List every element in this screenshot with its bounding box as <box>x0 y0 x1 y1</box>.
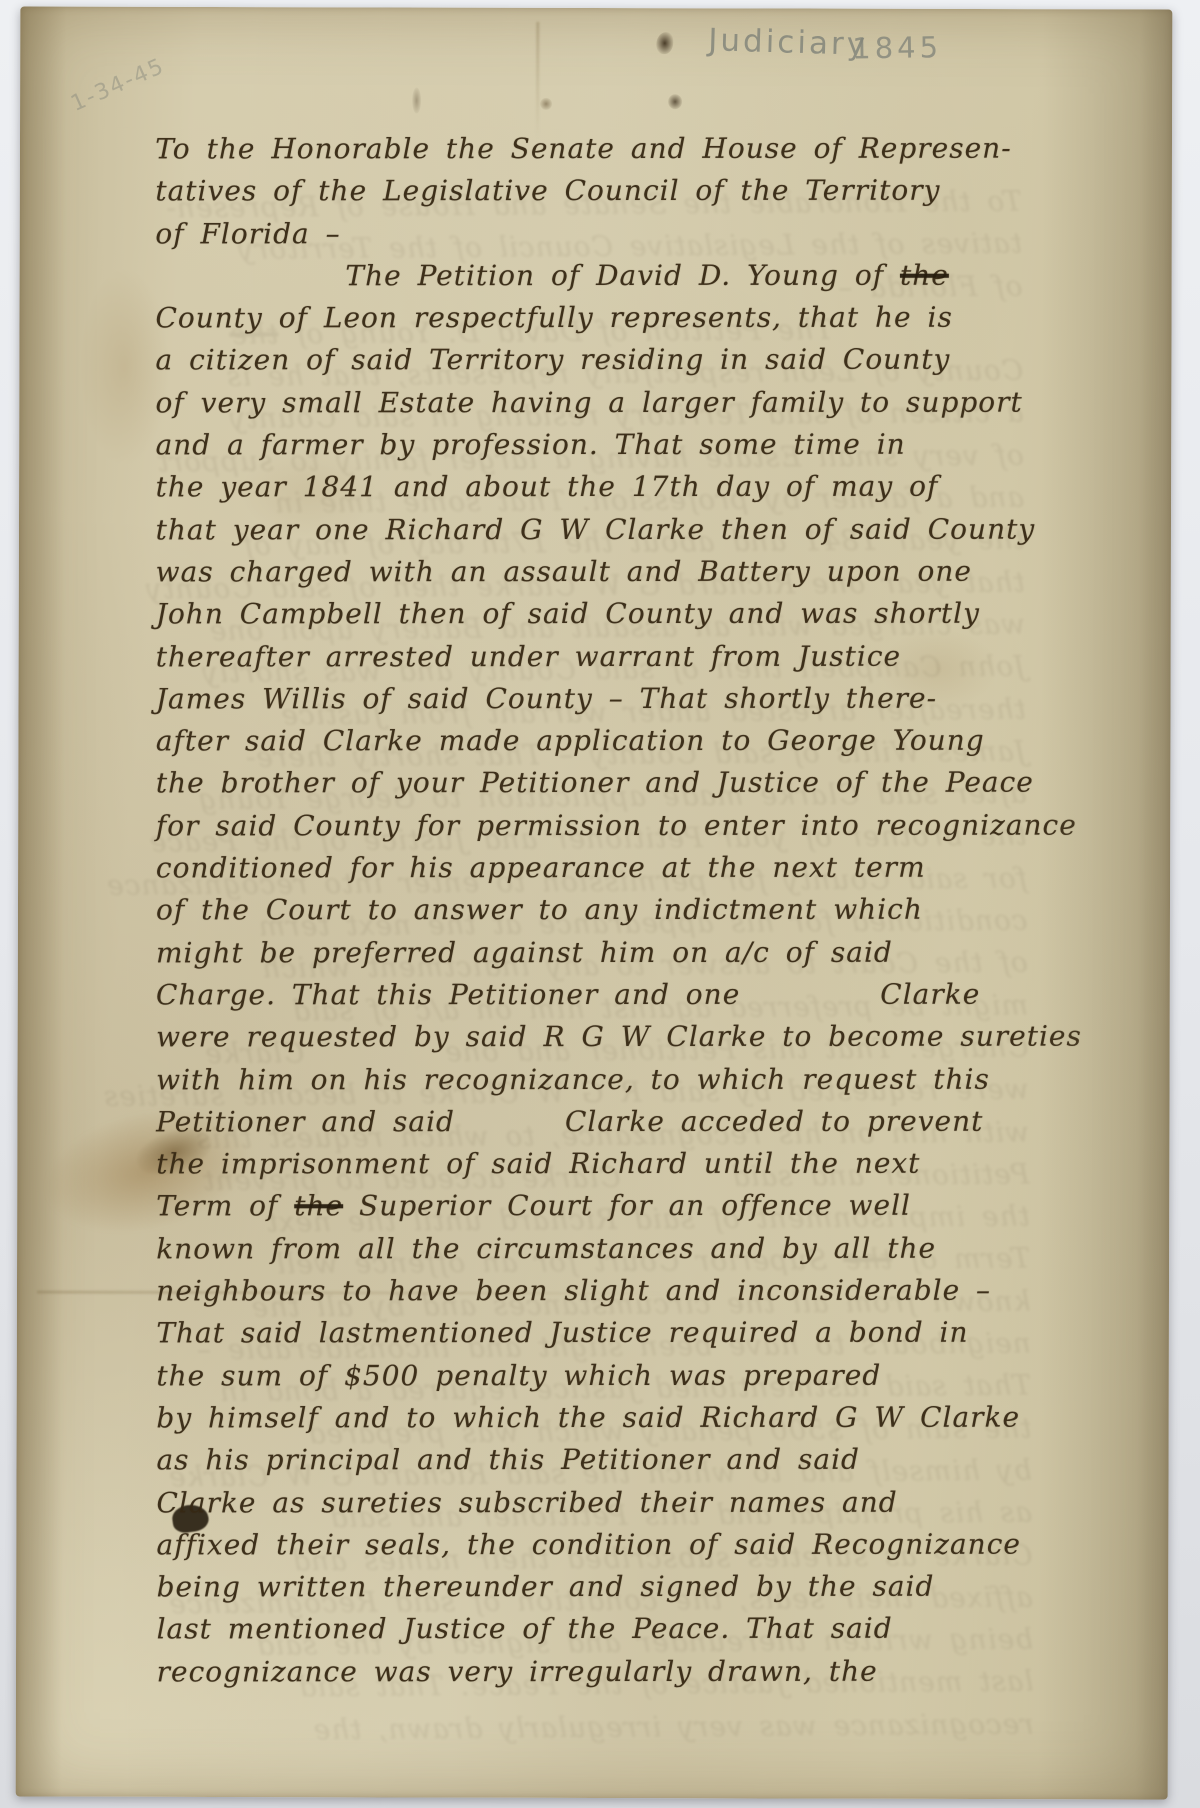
manuscript-segment: affixed their seals, the condition of sa… <box>157 1527 1021 1561</box>
manuscript-line: That said lastmentioned Justice required… <box>156 1316 1046 1359</box>
manuscript-segment: recognizance was very irregularly drawn,… <box>313 1707 1034 1746</box>
manuscript-line: The Petition of David D. Young of the <box>155 259 1045 302</box>
manuscript-line: were requested by said R G W Clarke to b… <box>156 1020 1046 1063</box>
manuscript-line: after said Clarke made application to Ge… <box>156 724 1046 767</box>
manuscript-line: thereafter arrested under warrant from J… <box>156 639 1046 682</box>
manuscript-segment: for said County for permission to enter … <box>156 808 1077 842</box>
manuscript-text: To the Honorable the Senate and House of… <box>155 132 1046 1698</box>
manuscript-segment: a citizen of said Territory residing in … <box>155 343 950 377</box>
manuscript-line: the year 1841 and about the 17th day of … <box>156 470 1046 513</box>
manuscript-segment: thereafter arrested under warrant from J… <box>156 639 901 673</box>
ink-spot <box>668 94 682 109</box>
manuscript-segment: were requested by said R G W Clarke to b… <box>156 1020 1082 1054</box>
manuscript-line: of very small Estate having a larger fam… <box>156 385 1046 428</box>
manuscript-segment: Charge. That this Petitioner and one <box>156 978 740 1012</box>
manuscript-segment: and a farmer by profession. That some ti… <box>156 428 906 462</box>
manuscript-line: neighbours to have been slight and incon… <box>156 1274 1046 1317</box>
manuscript-segment: conditioned for his appearance at the ne… <box>156 851 926 885</box>
manuscript-segment: the year 1841 and about the 17th day of … <box>156 470 939 504</box>
manuscript-segment: recognizance was very irregularly drawn,… <box>157 1654 878 1688</box>
manuscript-line: of the Court to answer to any indictment… <box>156 893 1046 936</box>
manuscript-line: with him on his recognizance, to which r… <box>156 1062 1046 1105</box>
manuscript-segment: being written thereunder and signed by t… <box>157 1570 935 1604</box>
manuscript-line: and a farmer by profession. That some ti… <box>156 428 1046 471</box>
manuscript-line: To the Honorable the Senate and House of… <box>155 132 1045 175</box>
manuscript-segment: neighbours to have been slight and incon… <box>156 1274 991 1308</box>
manuscript-line: known from all the circumstances and by … <box>156 1231 1046 1274</box>
ink-spot <box>656 32 673 54</box>
manuscript-line: the imprisonment of said Richard until t… <box>156 1147 1046 1190</box>
manuscript-segment: John Campbell then of said County and wa… <box>156 597 980 631</box>
manuscript-segment: the sum of $500 penalty which was prepar… <box>156 1358 881 1392</box>
manuscript-line: might be preferred against him on a/c of… <box>156 935 1046 978</box>
manuscript-line: for said County for permission to enter … <box>156 808 1046 851</box>
manuscript-segment: Clarke acceded to prevent <box>565 1105 983 1138</box>
manuscript-segment: Clarke as sureties subscribed their name… <box>156 1485 897 1519</box>
manuscript-line: was charged with an assault and Battery … <box>156 555 1046 598</box>
manuscript-line: Clarke as sureties subscribed their name… <box>156 1485 1046 1528</box>
manuscript-line: as his principal and this Petitioner and… <box>156 1443 1046 1486</box>
manuscript-line: the sum of $500 penalty which was prepar… <box>156 1358 1046 1401</box>
manuscript-line: conditioned for his appearance at the ne… <box>156 851 1046 894</box>
manuscript-line: recognizance was very irregularly drawn,… <box>157 1654 1047 1697</box>
manuscript-segment: with him on his recognizance, to which r… <box>156 1062 990 1096</box>
ink-spot <box>412 88 421 114</box>
manuscript-segment: To the Honorable the Senate and House of… <box>155 132 1011 166</box>
struck-word: the <box>294 1190 343 1223</box>
manuscript-line: the brother of your Petitioner and Justi… <box>156 766 1046 809</box>
manuscript-line: a citizen of said Territory residing in … <box>155 343 1045 386</box>
manuscript-line: James Willis of said County – That short… <box>156 681 1046 724</box>
manuscript-segment: of Florida – <box>155 217 340 250</box>
manuscript-line: being written thereunder and signed by t… <box>157 1570 1047 1613</box>
manuscript-segment: of the Court to answer to any indictment… <box>156 893 923 927</box>
manuscript-segment: County of Leon respectfully represents, … <box>155 301 952 335</box>
manuscript-page: Judiciary 1845 1-34-45 To the Honorable … <box>16 6 1173 1799</box>
manuscript-line: County of Leon respectfully represents, … <box>155 301 1045 344</box>
manuscript-line: affixed their seals, the condition of sa… <box>157 1527 1047 1570</box>
scanned-document-view: Judiciary 1845 1-34-45 To the Honorable … <box>0 0 1200 1808</box>
manuscript-segment: Clarke <box>880 978 980 1011</box>
manuscript-segment: tatives of the Legislative Council of th… <box>155 174 940 208</box>
manuscript-segment: that year one Richard G W Clarke then of… <box>156 512 1036 546</box>
manuscript-segment: after said Clarke made application to Ge… <box>156 724 985 758</box>
manuscript-segment: by himself and to which the said Richard… <box>156 1401 1020 1435</box>
manuscript-segment: Term of <box>156 1190 294 1223</box>
pencil-category-annotation: Judiciary <box>708 22 869 63</box>
manuscript-segment: was charged with an assault and Battery … <box>156 555 972 589</box>
ink-spot <box>540 98 552 110</box>
manuscript-segment: James Willis of said County – That short… <box>156 682 937 716</box>
manuscript-segment: might be preferred against him on a/c of… <box>156 935 893 969</box>
manuscript-line: that year one Richard G W Clarke then of… <box>156 512 1046 555</box>
manuscript-line: Charge. That this Petitioner and oneClar… <box>156 978 1046 1021</box>
manuscript-line: tatives of the Legislative Council of th… <box>155 174 1045 217</box>
struck-word: the <box>900 259 949 292</box>
paper-left-edge-shadow <box>16 6 67 1796</box>
manuscript-segment: of very small Estate having a larger fam… <box>156 385 1023 419</box>
manuscript-line: of Florida – <box>155 216 1045 259</box>
paper-right-edge-shadow <box>1038 9 1173 1799</box>
manuscript-segment: known from all the circumstances and by … <box>156 1231 936 1265</box>
manuscript-segment: Petitioner and said <box>156 1105 455 1138</box>
manuscript-line: by himself and to which the said Richard… <box>156 1401 1046 1444</box>
manuscript-line: Petitioner and saidClarke acceded to pre… <box>156 1104 1046 1147</box>
manuscript-line: John Campbell then of said County and wa… <box>156 597 1046 640</box>
manuscript-segment: as his principal and this Petitioner and… <box>156 1443 860 1477</box>
pencil-archival-number: 1-34-45 <box>67 54 168 117</box>
manuscript-segment: The Petition of David D. Young of <box>345 259 900 292</box>
manuscript-line: last mentioned Justice of the Peace. Tha… <box>157 1612 1047 1655</box>
crease-line <box>536 22 539 140</box>
manuscript-segment: the brother of your Petitioner and Justi… <box>156 766 1034 800</box>
manuscript-segment: the imprisonment of said Richard until t… <box>156 1147 920 1181</box>
pencil-year-annotation: 1845 <box>852 30 942 65</box>
manuscript-line: recognizance was very irregularly drawn,… <box>144 1707 1034 1756</box>
manuscript-segment: That said lastmentioned Justice required… <box>156 1316 968 1350</box>
manuscript-segment: last mentioned Justice of the Peace. Tha… <box>157 1612 893 1646</box>
manuscript-segment: Superior Court for an offence well <box>343 1189 911 1222</box>
manuscript-line: Term of the Superior Court for an offenc… <box>156 1189 1046 1232</box>
